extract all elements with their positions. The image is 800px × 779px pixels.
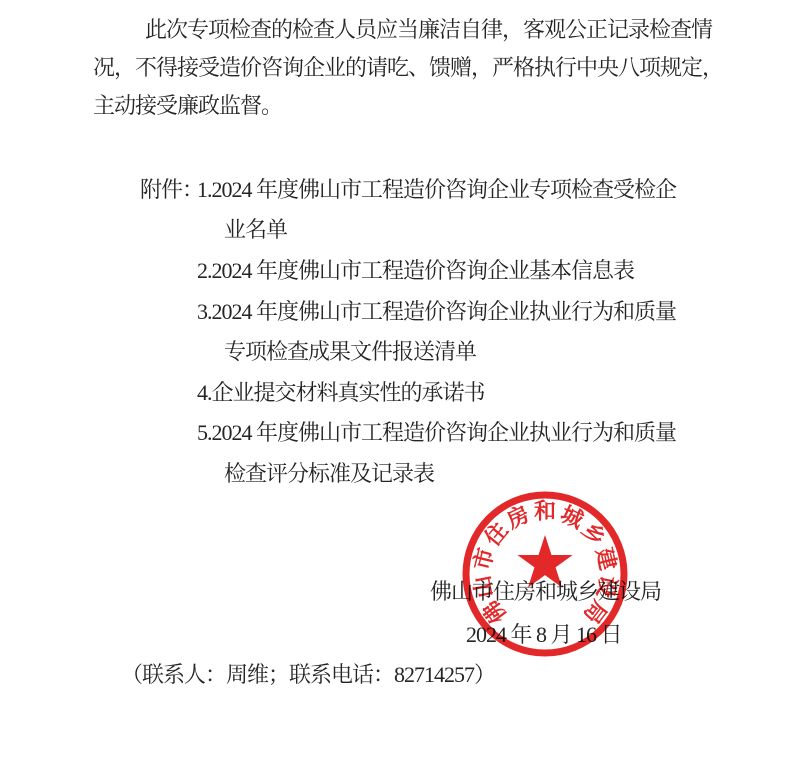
seal-arc-char: 市	[469, 545, 499, 572]
contact-line: （联系人：周维；联系电话：82714257）	[121, 661, 495, 689]
attachment-item-line: 业名单	[224, 216, 287, 244]
attachment-item-line: 2.2024 年度佛山市工程造价咨询企业基本信息表	[197, 257, 634, 285]
paragraph-line: 此次专项检查的检查人员应当廉洁自律，客观公正记录检查情	[145, 16, 712, 44]
star-icon	[517, 535, 572, 587]
seal-arc-char: 和	[534, 499, 556, 524]
paragraph-line: 主动接受廉政监督。	[93, 92, 282, 120]
attachment-item-line: 3.2024 年度佛山市工程造价咨询企业执业行为和质量	[197, 298, 676, 326]
seal-arc-char: 设	[592, 573, 621, 600]
seal-arc-char: 建	[591, 545, 621, 572]
attachment-item-line: 专项检查成果文件报送清单	[224, 338, 476, 366]
attachment-item-line: 4.企业提交材料真实性的承诺书	[197, 379, 485, 407]
seal-arc-char: 山	[469, 573, 498, 600]
document-page: 此次专项检查的检查人员应当廉洁自律，客观公正记录检查情 况，不得接受造价咨询企业…	[0, 0, 800, 779]
paragraph-line: 况，不得接受造价咨询企业的请吃、馈赠，严格执行中央八项规定，	[93, 54, 723, 82]
attachment-item-line: 1.2024 年度佛山市工程造价咨询企业专项检查受检企	[197, 176, 676, 204]
attachment-item-line: 5.2024 年度佛山市工程造价咨询企业执业行为和质量	[197, 419, 676, 447]
attachments-label: 附件：	[140, 176, 203, 204]
official-seal: 佛山市住房和城乡建设局	[440, 469, 650, 679]
attachment-item-line: 检查评分标准及记录表	[224, 460, 434, 488]
